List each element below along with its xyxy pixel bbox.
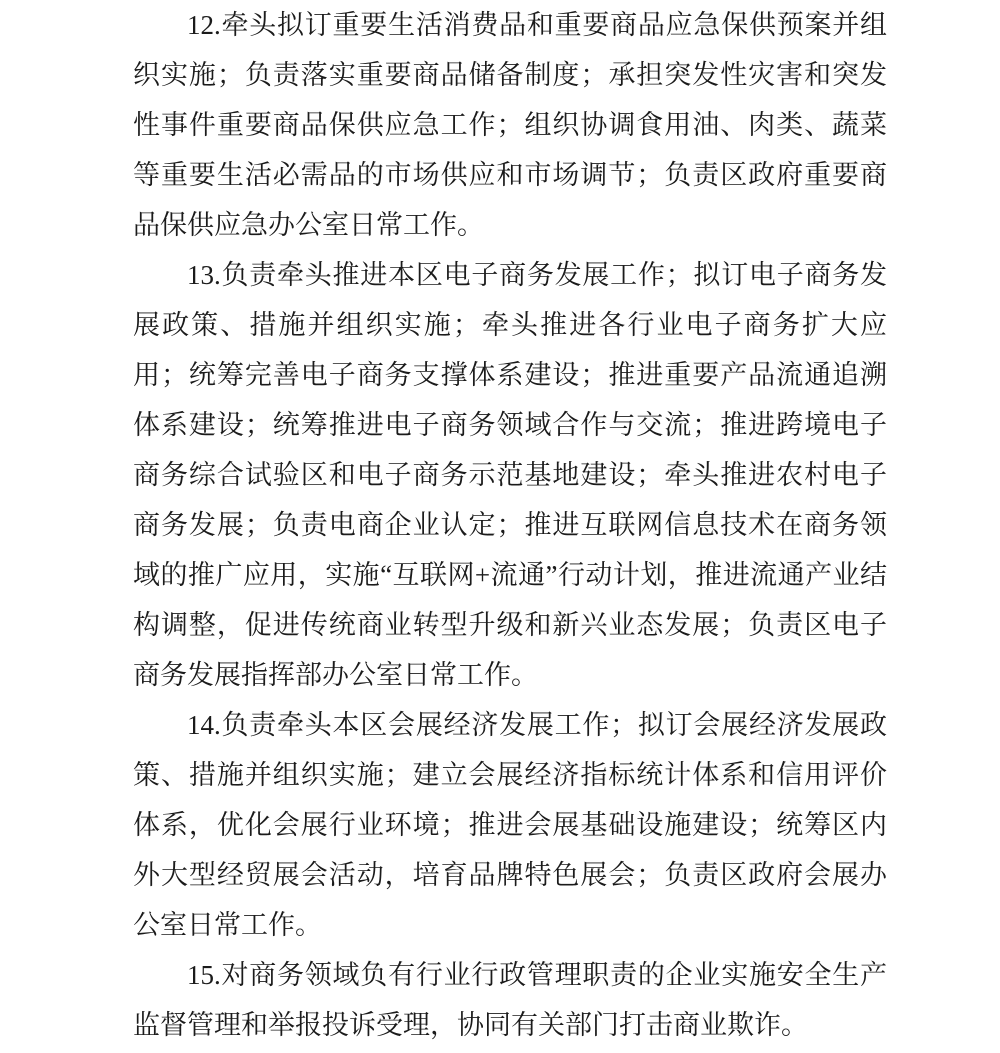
paragraph-item-14: 14.负责牵头本区会展经济发展工作；拟订会展经济发展政策、措施并组织实施；建立会… xyxy=(133,700,887,950)
paragraph-item-13: 13.负责牵头推进本区电子商务发展工作；拟订电子商务发展政策、措施并组织实施；牵… xyxy=(133,250,887,700)
paragraph-item-12: 12.牵头拟订重要生活消费品和重要商品应急保供预案并组织实施；负责落实重要商品储… xyxy=(133,0,887,250)
paragraph-item-15: 15.对商务领域负有行业行政管理职责的企业实施安全生产监督管理和举报投诉受理，协… xyxy=(133,950,887,1050)
document-text-block: 12.牵头拟订重要生活消费品和重要商品应急保供预案并组织实施；负责落实重要商品储… xyxy=(133,0,887,1050)
document-page: 12.牵头拟订重要生活消费品和重要商品应急保供预案并组织实施；负责落实重要商品储… xyxy=(0,0,1000,1053)
